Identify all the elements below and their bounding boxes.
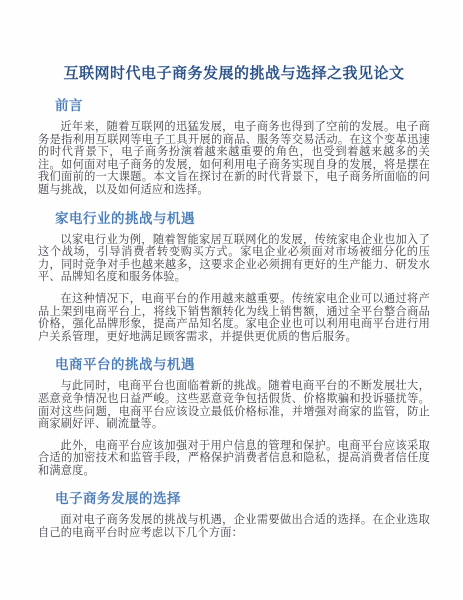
section-heading-preface: 前言 xyxy=(55,97,430,114)
document-title: 互联网时代电子商务发展的挑战与选择之我见论文 xyxy=(38,64,430,84)
paragraph: 以家电行业为例，随着智能家居互联网化的发展，传统家电企业也加入了这个战场，引导消… xyxy=(38,234,430,284)
paragraph: 近年来，随着互联网的迅猛发展，电子商务也得到了空前的发展。电子商务是指利用互联网… xyxy=(38,121,430,197)
paragraph: 在这种情况下，电商平台的作用越来越重要。传统家电企业可以通过将产品上架到电商平台… xyxy=(38,293,430,343)
section-heading-development-choice: 电子商务发展的选择 xyxy=(55,490,430,507)
document-page: 互联网时代电子商务发展的挑战与选择之我见论文 前言 近年来，随着互联网的迅猛发展… xyxy=(0,0,463,600)
section-preface: 前言 近年来，随着互联网的迅猛发展，电子商务也得到了空前的发展。电子商务是指利用… xyxy=(38,97,430,197)
paragraph: 与此同时，电商平台也面临着新的挑战。随着电商平台的不断发展壮大，恶意竞争情况也日… xyxy=(38,380,430,430)
section-development-choice: 电子商务发展的选择 面对电子商务发展的挑战与机遇，企业需要做出合适的选择。在企业… xyxy=(38,490,430,539)
section-ecommerce-platform: 电商平台的挑战与机遇 与此同时，电商平台也面临着新的挑战。随着电商平台的不断发展… xyxy=(38,356,430,477)
section-appliance-industry: 家电行业的挑战与机遇 以家电行业为例，随着智能家居互联网化的发展，传统家电企业也… xyxy=(38,210,430,344)
section-heading-ecommerce-platform: 电商平台的挑战与机遇 xyxy=(55,356,430,373)
section-heading-appliance-industry: 家电行业的挑战与机遇 xyxy=(55,210,430,227)
paragraph: 面对电子商务发展的挑战与机遇，企业需要做出合适的选择。在企业选取自己的电商平台时… xyxy=(38,514,430,539)
paragraph: 此外，电商平台应该加强对于用户信息的管理和保护。电商平台应该采取合适的加密技术和… xyxy=(38,440,430,478)
